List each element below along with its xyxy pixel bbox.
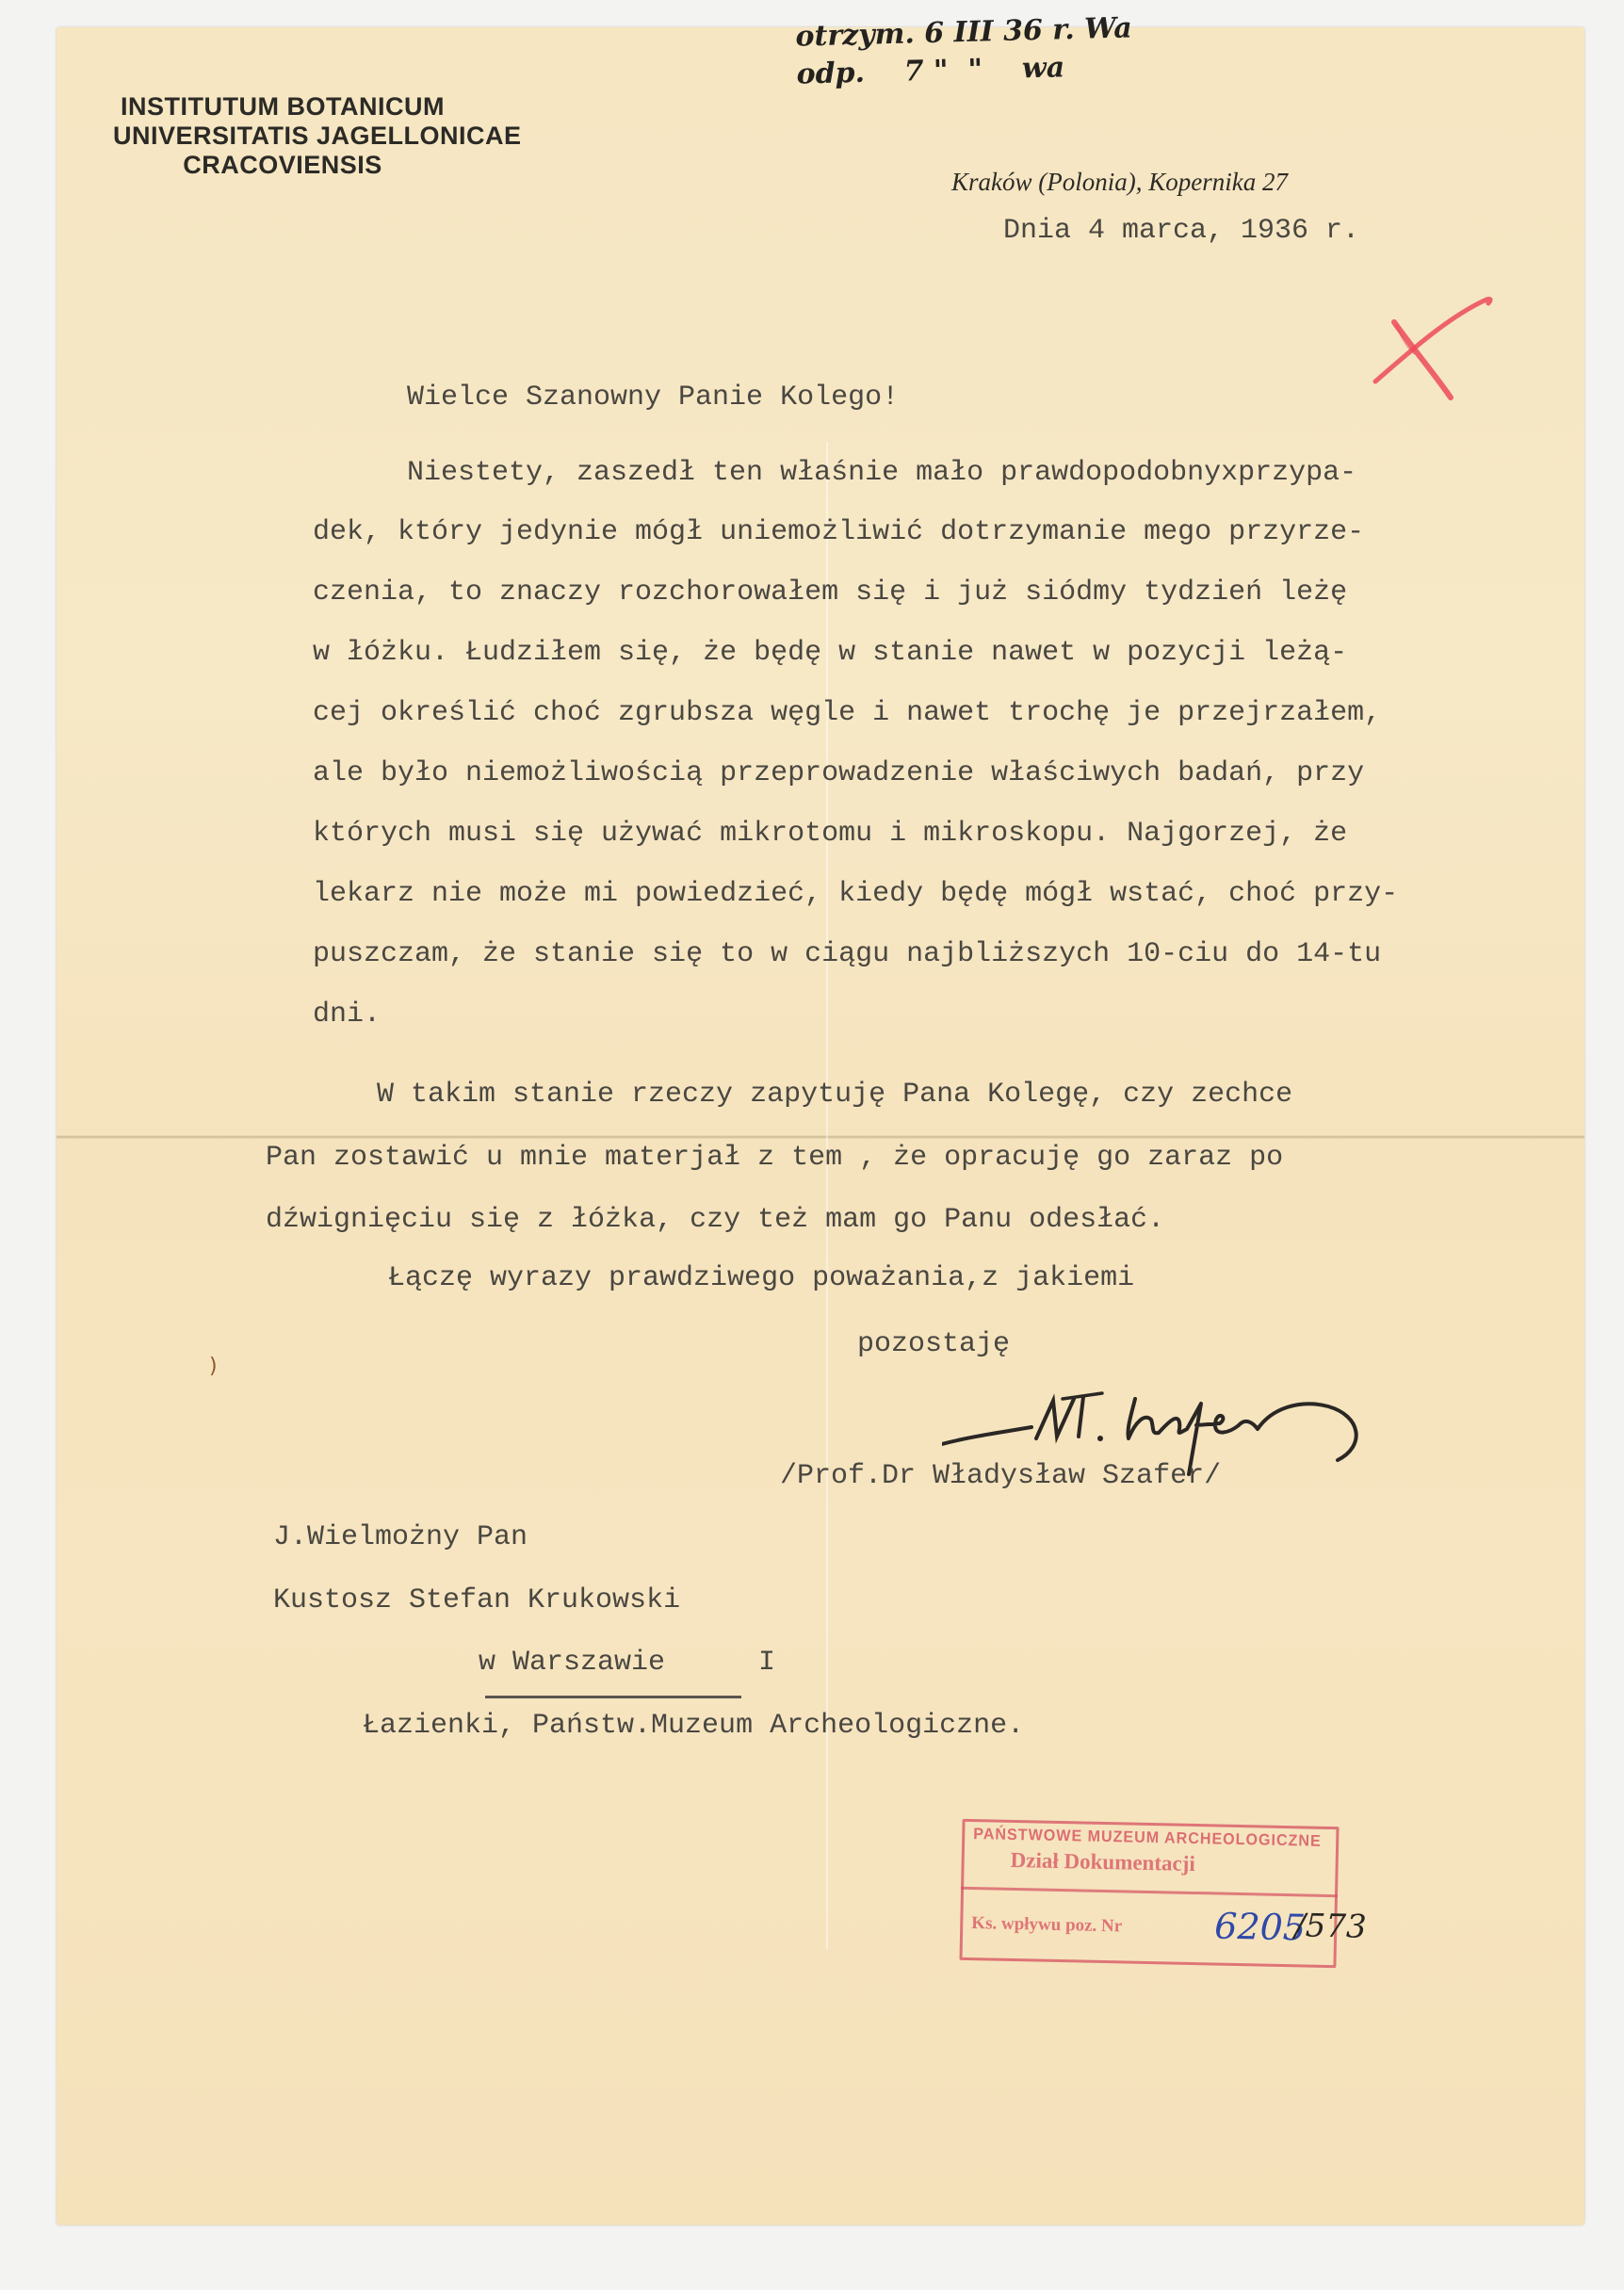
letterhead-line-1: INSTITUTUM BOTANICUM [113,92,452,122]
letterhead: INSTITUTUM BOTANICUM UNIVERSITATIS JAGEL… [113,92,452,180]
letterhead-line-3: CRACOVIENSIS [113,151,452,180]
margin-stain-mark: ) [209,1355,218,1378]
recipient-line-2: Kustosz Stefan Krukowski [273,1584,680,1616]
recipient-line-1: J.Wielmożny Pan [273,1521,528,1553]
body-line-1: Niestety, zaszedł ten właśnie mało prawd… [407,457,1356,489]
letter-paper [57,27,1584,2225]
stamp-register-number: 6205 [1214,1905,1307,1948]
closing-line: Łączę wyrazy prawdziwego poważania,z jak… [388,1262,1134,1294]
stamp-register-label: Ks. wpływu poz. Nr [971,1913,1122,1937]
body-line-5: cej określić choć zgrubsza węgle i nawet… [313,697,1381,729]
letterhead-line-2: UNIVERSITATIS JAGELLONICAE [113,122,452,151]
salutation: Wielce Szanowny Panie Kolego! [407,382,899,414]
body-line-9: puszczam, że stanie się to w ciągu najbl… [313,938,1381,970]
body-line-10: dni. [313,999,381,1031]
closing-pozostaje: pozostaję [857,1328,1010,1360]
body-line-8: lekarz nie może mi powiedzieć, kiedy będ… [313,878,1398,910]
stamp-register-suffix: /573 [1294,1907,1367,1946]
body-line-2: dek, który jedynie mógł uniemożliwić dot… [313,516,1364,548]
body-line-12: Pan zostawić u mnie materjał z tem , że … [266,1142,1283,1174]
sender-address: Kraków (Polonia), Kopernika 27 [951,168,1288,197]
body-line-13: dźwignięciu się z łóżka, czy też mam go … [266,1204,1164,1236]
stamp-department: Dział Dokumentacji [1010,1848,1195,1876]
body-line-3: czenia, to znaczy rozchorowałem się i ju… [313,577,1347,609]
red-x-mark-icon [1356,283,1498,405]
body-line-4: w łóżku. Łudziłem się, że będę w stanie … [313,637,1347,669]
body-line-6: ale było niemożliwością przeprowadzenie … [313,757,1364,789]
body-line-7: których musi się używać mikrotomu i mikr… [313,818,1347,850]
handwritten-receipt-note: otrzym. 6 III 36 r. Wa odp. 7 " " wa [795,9,1133,93]
horizontal-fold-crease [57,1135,1584,1139]
recipient-postal-district: I [758,1647,775,1679]
date-line: Dnia 4 marca, 1936 r. [1003,215,1359,247]
recipient-city: w Warszawie [479,1647,665,1679]
archive-stamp: PAŃSTWOWE MUZEUM ARCHEOLOGICZNE Dział Do… [959,1819,1339,1968]
typed-signature-name: /Prof.Dr Władysław Szafer/ [780,1460,1221,1492]
recipient-line-4: Łazienki, Państw.Muzeum Archeologiczne. [363,1710,1024,1742]
city-underline [485,1696,741,1698]
body-line-11: W takim stanie rzeczy zapytuję Pana Kole… [377,1079,1292,1111]
